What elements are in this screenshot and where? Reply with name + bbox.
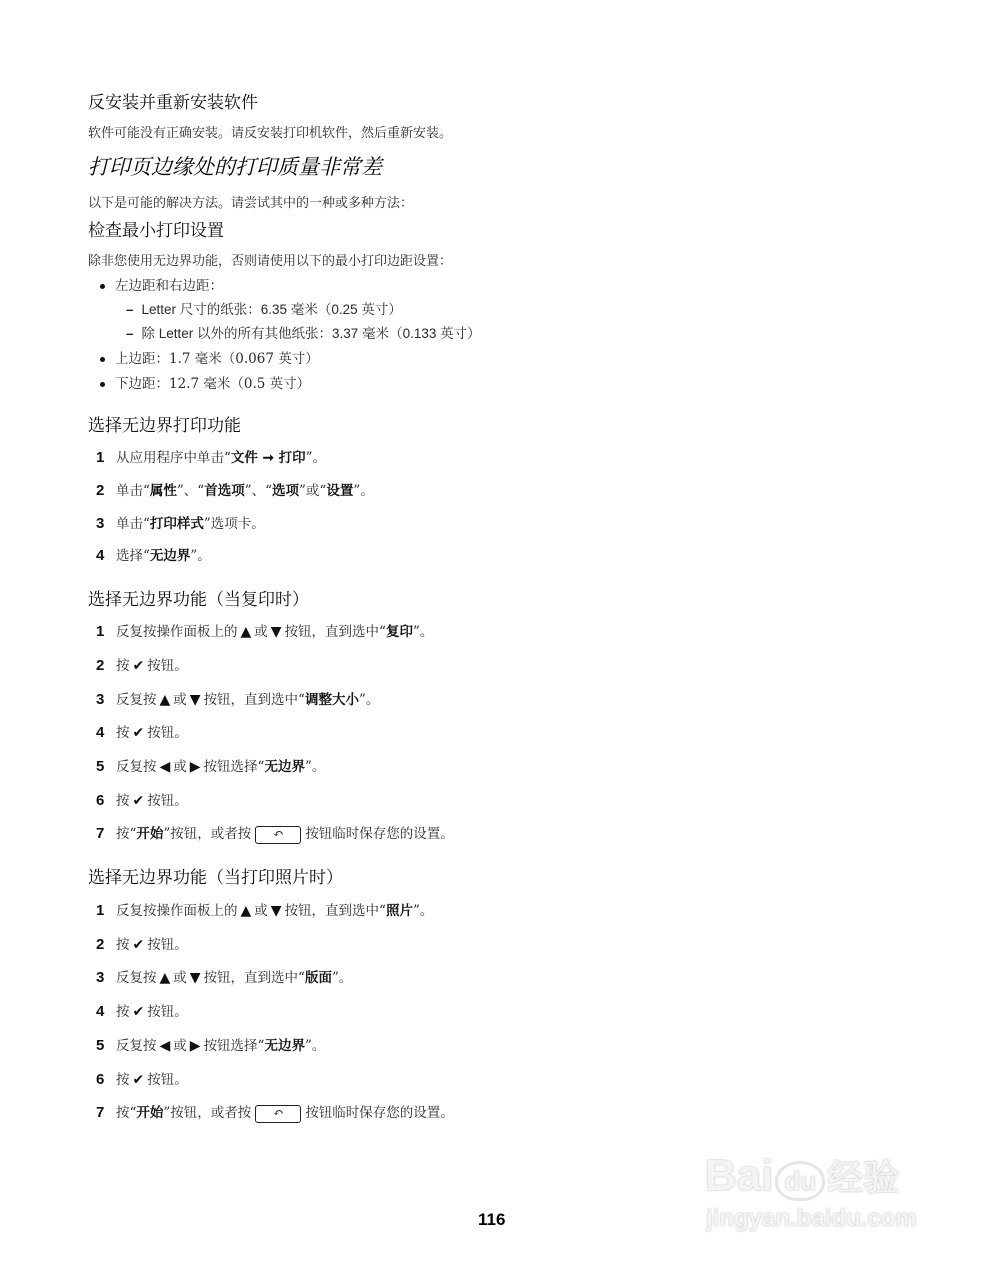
up-arrow-icon: ▲ [160, 970, 171, 986]
step-item: 1反复按操作面板上的▲或▼按钮，直到选中“照片”。 [96, 899, 433, 919]
step-item: 1从应用程序中单击“文件 ➞ 打印”。 [96, 446, 326, 466]
back-button-icon: ↶ [255, 826, 301, 844]
down-arrow-icon: ▼ [271, 624, 282, 640]
heading-min-settings: 检查最小打印设置 [88, 216, 224, 241]
up-arrow-icon: ▲ [241, 624, 252, 640]
page-number: 116 [478, 1210, 505, 1230]
paragraph-reinstall: 软件可能没有正确安装。请反安装打印机软件，然后重新安装。 [88, 122, 452, 141]
check-icon: ✔ [133, 658, 145, 674]
step-item: 3反复按▲或▼按钮，直到选中“版面”。 [96, 966, 352, 986]
check-icon: ✔ [133, 937, 145, 953]
down-arrow-icon: ▼ [190, 970, 201, 986]
step-item: 3反复按▲或▼按钮，直到选中“调整大小”。 [96, 688, 379, 708]
bullet-icon [100, 357, 105, 362]
paragraph-intro: 以下是可能的解决方法。请尝试其中的一种或多种方法： [88, 192, 413, 211]
bullet-icon [100, 382, 105, 387]
bullet-icon [100, 284, 105, 289]
right-arrow-icon: ▶ [190, 1038, 201, 1054]
step-item: 4按✔按钮。 [96, 1000, 188, 1020]
step-item: 5反复按◀或▶按钮选择“无边界”。 [96, 755, 325, 775]
check-icon: ✔ [133, 1004, 145, 1020]
list-item: 左边距和右边距： [100, 274, 223, 294]
watermark-url: jingyan.baidu.com [706, 1205, 917, 1233]
list-sub-item: –Letter 尺寸的纸张：6.35 毫米（0.25 英寸） [126, 298, 402, 318]
heading-reinstall: 反安装并重新安装软件 [88, 88, 258, 113]
page-section-title: 打印页边缘处的打印质量非常差 [88, 151, 382, 181]
right-arrow-icon: ▶ [190, 759, 201, 775]
list-sub-item: –除 Letter 以外的所有其他纸张：3.37 毫米（0.133 英寸） [126, 322, 481, 342]
down-arrow-icon: ▼ [271, 903, 282, 919]
step-item: 1反复按操作面板上的▲或▼按钮，直到选中“复印”。 [96, 620, 433, 640]
step-item: 7按“开始”按钮，或者按↶按钮临时保存您的设置。 [96, 822, 454, 844]
paragraph-min-settings: 除非您使用无边界功能，否则请使用以下的最小打印边距设置： [88, 250, 452, 269]
left-arrow-icon: ◀ [160, 759, 171, 775]
step-item: 7按“开始”按钮，或者按↶按钮临时保存您的设置。 [96, 1101, 454, 1123]
check-icon: ✔ [133, 793, 145, 809]
left-arrow-icon: ◀ [160, 1038, 171, 1054]
check-icon: ✔ [133, 725, 145, 741]
dash-icon: – [126, 302, 134, 317]
heading-borderless: 选择无边界打印功能 [88, 411, 241, 436]
back-button-icon: ↶ [255, 1105, 301, 1123]
list-item: 下边距：12.7 毫米（0.5 英寸） [100, 372, 310, 392]
heading-borderless-photo: 选择无边界功能（当打印照片时） [88, 863, 343, 888]
step-item: 5反复按◀或▶按钮选择“无边界”。 [96, 1034, 325, 1054]
list-item: 上边距：1.7 毫米（0.067 英寸） [100, 347, 319, 367]
dash-icon: – [126, 326, 134, 341]
paw-icon: du [775, 1161, 825, 1201]
check-icon: ✔ [133, 1072, 145, 1088]
step-item: 2按✔按钮。 [96, 933, 188, 953]
heading-borderless-copy: 选择无边界功能（当复印时） [88, 585, 309, 610]
step-item: 4选择“无边界”。 [96, 544, 211, 564]
step-item: 2单击“属性”、“首选项”、“选项”或“设置”。 [96, 479, 374, 499]
step-item: 3单击“打印样式”选项卡。 [96, 512, 265, 532]
up-arrow-icon: ▲ [241, 903, 252, 919]
down-arrow-icon: ▼ [190, 692, 201, 708]
step-item: 6按✔按钮。 [96, 789, 188, 809]
step-item: 6按✔按钮。 [96, 1068, 188, 1088]
step-item: 2按✔按钮。 [96, 654, 188, 674]
step-item: 4按✔按钮。 [96, 721, 188, 741]
watermark-logo: Baidu经验 [705, 1150, 899, 1201]
up-arrow-icon: ▲ [160, 692, 171, 708]
